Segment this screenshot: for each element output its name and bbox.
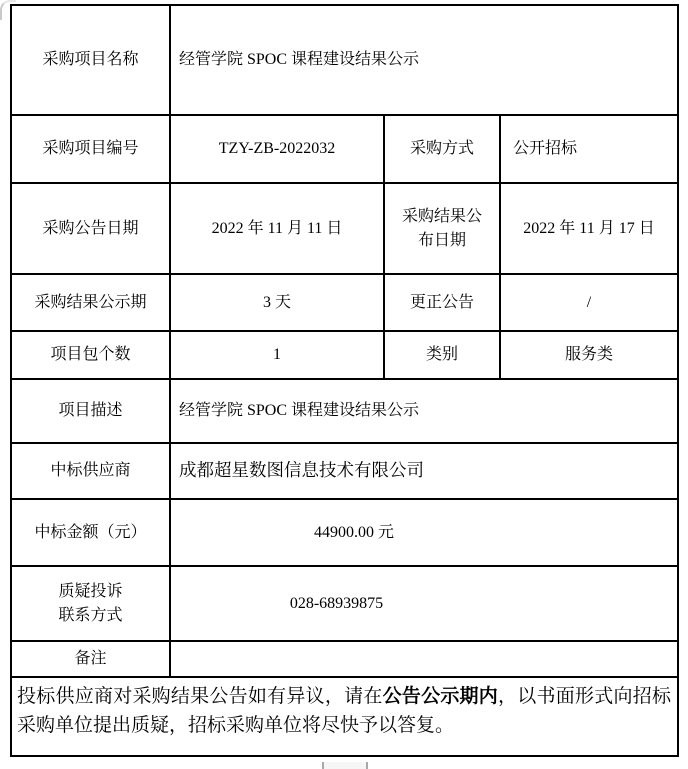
value-result-publish-date: 2022 年 11 月 17 日 bbox=[500, 183, 678, 274]
label-category: 类别 bbox=[384, 331, 500, 379]
value-correction-notice: / bbox=[500, 274, 678, 331]
value-category: 服务类 bbox=[500, 331, 678, 379]
row-project-description: 项目描述 经管学院 SPOC 课程建设结果公示 bbox=[11, 379, 678, 443]
row-complaint-contact: 质疑投诉联系方式 028-68939875 bbox=[11, 566, 678, 641]
label-winning-amount: 中标金额（元） bbox=[11, 499, 170, 566]
below-table-element-fragment bbox=[322, 762, 368, 769]
row-publicity-period: 采购结果公示期 3 天 更正公告 / bbox=[11, 274, 678, 331]
label-package-count: 项目包个数 bbox=[11, 331, 170, 379]
value-project-number: TZY-ZB-2022032 bbox=[170, 115, 384, 183]
row-remarks: 备注 bbox=[11, 641, 678, 677]
footer-note-prefix: 投标供应商对采购结果公告如有异议，请在 bbox=[17, 686, 383, 707]
row-announcement-date: 采购公告日期 2022 年 11 月 11 日 采购结果公布日期 2022 年 … bbox=[11, 183, 678, 274]
value-publicity-period: 3 天 bbox=[170, 274, 384, 331]
value-project-name: 经管学院 SPOC 课程建设结果公示 bbox=[170, 5, 678, 115]
label-complaint-contact-text: 质疑投诉联系方式 bbox=[56, 580, 125, 626]
row-package-count: 项目包个数 1 类别 服务类 bbox=[11, 331, 678, 379]
value-complaint-contact: 028-68939875 bbox=[170, 566, 678, 641]
label-project-number: 采购项目编号 bbox=[11, 115, 170, 183]
label-remarks: 备注 bbox=[11, 641, 170, 677]
value-package-count: 1 bbox=[170, 331, 384, 379]
procurement-result-table: 采购项目名称 经管学院 SPOC 课程建设结果公示 采购项目编号 TZY-ZB-… bbox=[10, 4, 679, 757]
label-result-publish-date: 采购结果公布日期 bbox=[384, 183, 500, 274]
value-remarks bbox=[170, 641, 678, 677]
value-winning-amount: 44900.00 元 bbox=[170, 499, 678, 566]
label-procurement-method: 采购方式 bbox=[384, 115, 500, 183]
label-project-name: 采购项目名称 bbox=[11, 5, 170, 115]
label-winning-supplier: 中标供应商 bbox=[11, 443, 170, 499]
label-result-publish-date-text: 采购结果公布日期 bbox=[400, 205, 485, 251]
row-winning-amount: 中标金额（元） 44900.00 元 bbox=[11, 499, 678, 566]
row-footer-note: 投标供应商对采购结果公告如有异议，请在公告公示期内，以书面形式向招标采购单位提出… bbox=[11, 677, 678, 756]
label-complaint-contact: 质疑投诉联系方式 bbox=[11, 566, 170, 641]
value-project-description: 经管学院 SPOC 课程建设结果公示 bbox=[170, 379, 678, 443]
label-publicity-period: 采购结果公示期 bbox=[11, 274, 170, 331]
label-announcement-date: 采购公告日期 bbox=[11, 183, 170, 274]
label-correction-notice: 更正公告 bbox=[384, 274, 500, 331]
footer-note: 投标供应商对采购结果公告如有异议，请在公告公示期内，以书面形式向招标采购单位提出… bbox=[11, 677, 678, 756]
label-project-description: 项目描述 bbox=[11, 379, 170, 443]
row-project-name: 采购项目名称 经管学院 SPOC 课程建设结果公示 bbox=[11, 5, 678, 115]
footer-note-bold: 公告公示期内 bbox=[383, 686, 498, 707]
value-winning-supplier: 成都超星数图信息技术有限公司 bbox=[170, 443, 678, 499]
value-procurement-method: 公开招标 bbox=[500, 115, 678, 183]
row-winning-supplier: 中标供应商 成都超星数图信息技术有限公司 bbox=[11, 443, 678, 499]
value-announcement-date: 2022 年 11 月 11 日 bbox=[170, 183, 384, 274]
row-project-number: 采购项目编号 TZY-ZB-2022032 采购方式 公开招标 bbox=[11, 115, 678, 183]
